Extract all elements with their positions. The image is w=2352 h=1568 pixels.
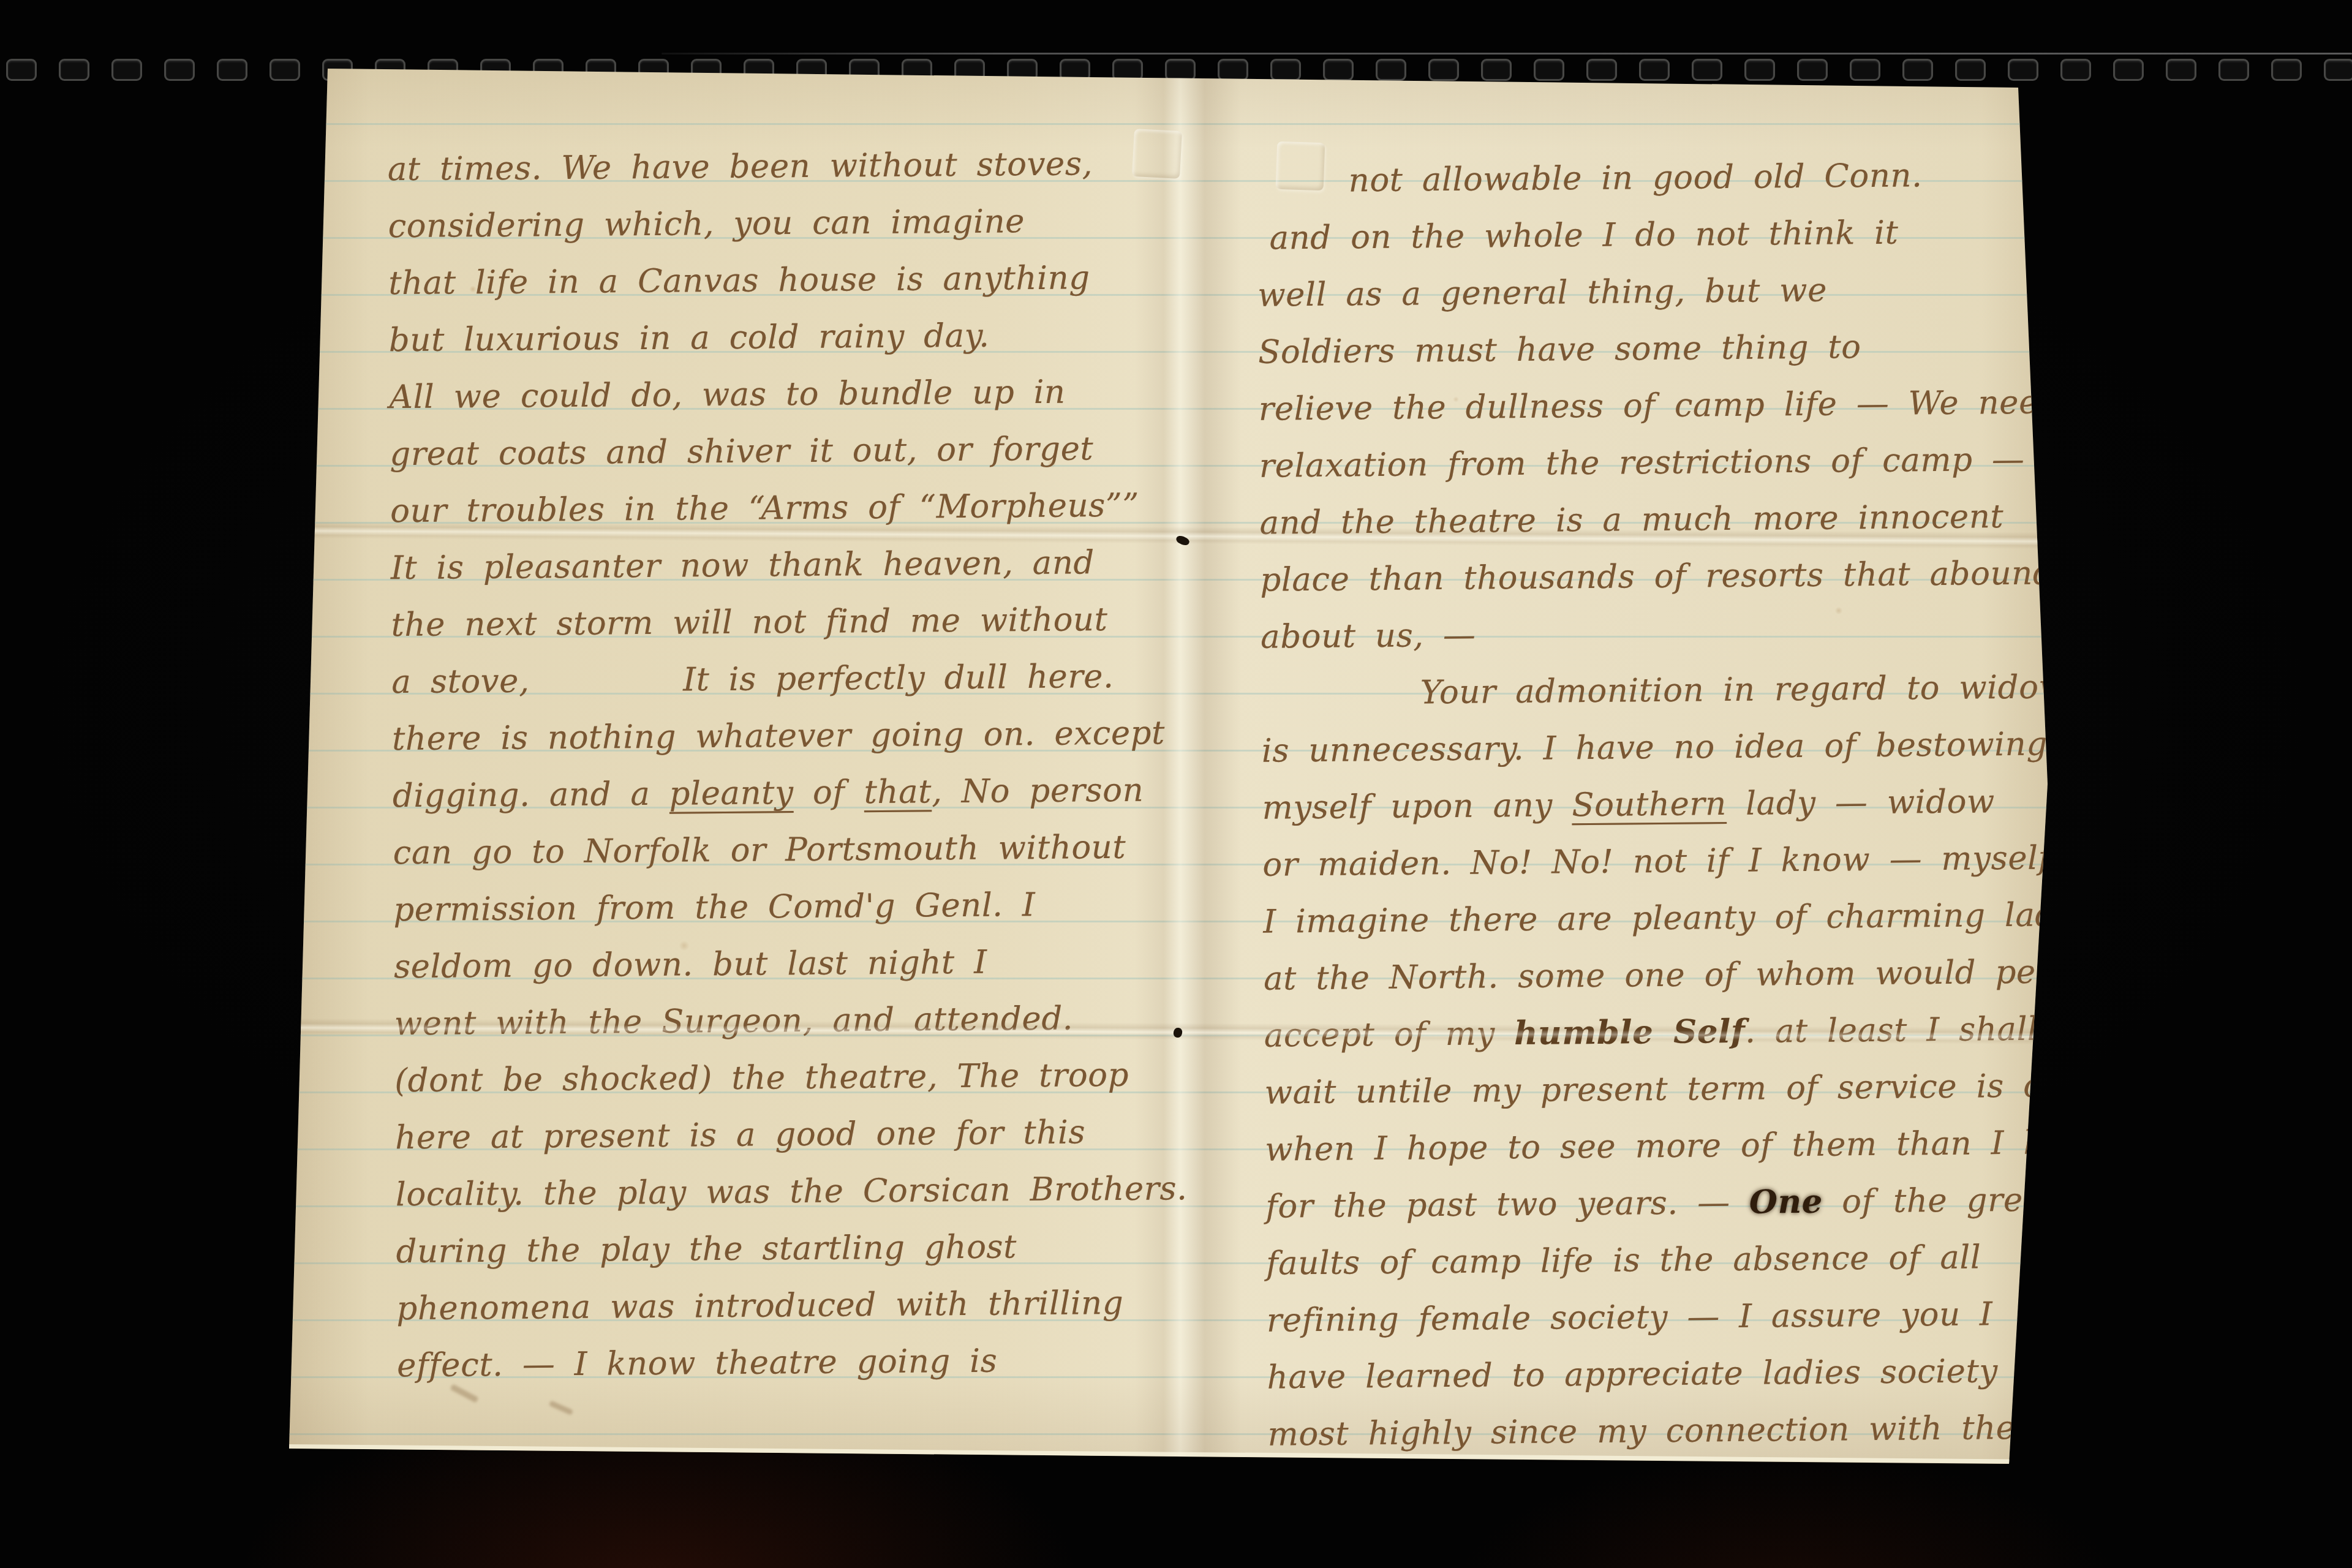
sprocket-hole — [1586, 59, 1617, 81]
handwritten-line: Your admonition in regard to widows — [1261, 658, 2058, 722]
handwritten-line: but luxurious in a cold rainy day. — [389, 306, 1210, 369]
sprocket-hole — [1428, 59, 1459, 81]
sprocket-hole — [1270, 59, 1301, 81]
sprocket-hole — [1955, 59, 1986, 81]
sprocket-hole — [6, 59, 37, 81]
text-run: of the greatest — [1823, 1181, 2106, 1221]
text-run: of — [793, 774, 864, 812]
handwritten-line: can go to Norfolk or Portsmouth without — [393, 818, 1214, 882]
handwritten-line: at times. We have been without stoves, — [387, 135, 1208, 198]
handwritten-line: here at present is a good one for this — [395, 1103, 1216, 1167]
film-edge-highlight — [661, 53, 2352, 55]
letter-page-right: not allowable in good old Conn.and on th… — [1256, 65, 2064, 1463]
text-run: digging. and a — [393, 775, 669, 815]
sprocket-hole — [1850, 59, 1880, 81]
sprocket-hole — [1797, 59, 1828, 81]
sprocket-hole — [2271, 59, 2302, 81]
handwritten-line: that life in a Canvas house is anything — [388, 249, 1210, 312]
sprocket-hole — [1165, 59, 1196, 81]
text-run: accept of my — [1264, 1015, 1515, 1055]
text-run: . at least I shall — [1745, 1011, 2038, 1050]
letter-photograph: at times. We have been without stoves,co… — [0, 0, 2352, 1568]
handwritten-line: and the theatre is a much more innocent — [1259, 488, 2056, 551]
ink-smudge — [549, 1400, 573, 1415]
handwritten-line: place than thousands of resorts that abo… — [1260, 545, 2057, 608]
handwritten-line: locality. the play was the Corsican Brot… — [396, 1160, 1217, 1224]
handwritten-line: during the play the startling ghost — [396, 1217, 1217, 1281]
handwritten-line: there is nothing whatever going on. exce… — [392, 704, 1213, 768]
sprocket-hole — [1534, 59, 1564, 81]
handwritten-line: accept of my humble Self. at least I sha… — [1264, 1000, 2060, 1064]
handwritten-line: for the past two years. — One of the gre… — [1265, 1171, 2062, 1235]
sprocket-hole — [2113, 59, 2144, 81]
handwritten-line: the next storm will not find me without — [391, 590, 1212, 654]
sprocket-hole — [217, 59, 247, 81]
handwritten-line: permission from the Comd'g Genl. I — [393, 875, 1215, 939]
handwritten-line: effect. — I know theatre going is — [397, 1331, 1218, 1395]
sprocket-hole — [2324, 59, 2352, 81]
handwritten-line: wait untile my present term of service i… — [1264, 1057, 2061, 1121]
handwritten-line: or maiden. No! No! not if I know — mysel… — [1262, 829, 2059, 893]
letter-sheet: at times. We have been without stoves,co… — [289, 69, 2049, 1464]
ink-blotted-word: One — [1749, 1183, 1823, 1221]
handwritten-line: at the North. some one of whom would per… — [1264, 943, 2060, 1007]
sprocket-hole — [1639, 59, 1670, 81]
sprocket-hole — [1218, 59, 1248, 81]
handwritten-line: and on the whole I do not think it — [1257, 203, 2054, 266]
sprocket-hole — [1481, 59, 1512, 81]
text-run: lady — widow — [1727, 783, 1996, 823]
sprocket-hole — [269, 59, 300, 81]
handwritten-line: Soldiers must have some thing to — [1258, 317, 2055, 380]
handwritten-line: great coats and shiver it out, or forget — [390, 420, 1211, 483]
handwritten-line: digging. and a pleanty of that, No perso… — [392, 761, 1213, 825]
handwritten-line: myself upon any Southern lady — widow — [1262, 772, 2059, 836]
text-run: myself upon any — [1262, 786, 1572, 826]
sprocket-hole — [164, 59, 195, 81]
handwritten-line: well as a general thing, but we — [1257, 260, 2054, 323]
handwritten-line: refining female society — I assure you I — [1266, 1285, 2063, 1349]
sprocket-hole — [1323, 59, 1354, 81]
handwritten-line: All we could do, was to bundle up in — [389, 363, 1210, 426]
handwritten-line: about us, — — [1261, 601, 2057, 665]
handwritten-line: is unnecessary. I have no idea of bestow… — [1261, 715, 2058, 779]
handwritten-line: a stove, It is perfectly dull here. — [391, 647, 1213, 711]
sprocket-hole — [111, 59, 142, 81]
text-run: for the past two years. — — [1265, 1184, 1749, 1226]
handwritten-line: when I hope to see more of them than I h… — [1265, 1114, 2062, 1178]
underlined-word: Southern — [1572, 785, 1727, 824]
handwritten-line: most highly since my connection with the — [1267, 1399, 2064, 1463]
sprocket-hole — [2060, 59, 2091, 81]
underlined-word: pleanty — [669, 774, 793, 813]
handwritten-line: I imagine there are pleanty of charming … — [1263, 886, 2060, 950]
handwritten-line: relieve the dullness of camp life — We n… — [1259, 374, 2056, 437]
letter-page-left: at times. We have been without stoves,co… — [387, 66, 1218, 1394]
sprocket-hole — [1692, 59, 1722, 81]
sprocket-hole — [2218, 59, 2249, 81]
handwritten-line: faults of camp life is the absence of al… — [1266, 1228, 2063, 1292]
handwritten-line: considering which, you can imagine — [388, 192, 1209, 255]
handwritten-line: not allowable in good old Conn. — [1256, 146, 2053, 209]
emphasized-word: humble Self — [1514, 1012, 1745, 1052]
handwritten-line: relaxation from the restrictions of camp… — [1259, 431, 2056, 494]
text-run: , No person — [932, 772, 1144, 811]
handwritten-line: seldom go down. but last night I — [394, 932, 1215, 996]
sprocket-hole — [1744, 59, 1775, 81]
sprocket-hole — [1376, 59, 1406, 81]
handwritten-line: phenomena was introduced with thrilling — [396, 1274, 1218, 1338]
sprocket-hole — [2166, 59, 2196, 81]
sprocket-hole — [1902, 59, 1933, 81]
handwritten-line: went with the Surgeon, and attended. — [394, 989, 1215, 1053]
handwritten-line: (dont be shocked) the theatre, The troop — [394, 1046, 1216, 1110]
sprocket-hole — [59, 59, 89, 81]
handwritten-line: It is pleasanter now thank heaven, and — [391, 533, 1212, 597]
sprocket-hole — [2008, 59, 2038, 81]
handwritten-line: our troubles in the “Arms of “Morpheus”” — [390, 477, 1212, 540]
underlined-word: that — [864, 773, 932, 811]
handwritten-line: have learned to appreciate ladies societ… — [1267, 1342, 2064, 1406]
